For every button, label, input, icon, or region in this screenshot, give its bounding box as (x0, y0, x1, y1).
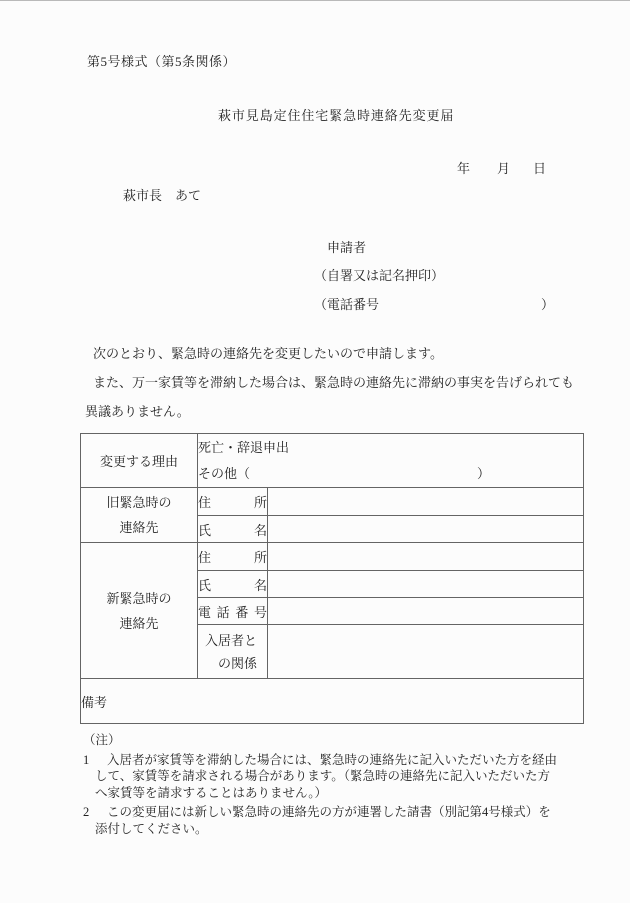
date-month-label: 月 (497, 158, 510, 177)
form-code: 第5号様式（第5条関係） (87, 51, 236, 70)
note-item-1: 1入居者が家賃等を滞納した場合には、緊急時の連絡先に記入いただいた方を経由して、… (83, 752, 561, 802)
reason-header-cell: 変更する理由 (81, 434, 198, 488)
note-2-text: この変更届には新しい緊急時の連絡先の方が連署した請書（別記第4号様式）を添付して… (95, 805, 551, 836)
contact-change-table: 変更する理由 死亡・辞退申出 その他（ ） 旧緊急時の 連絡先 住所 (80, 433, 584, 724)
table-row: 変更する理由 死亡・辞退申出 その他（ ） (81, 434, 584, 488)
new-phone-label: 電話番号 (198, 598, 268, 625)
reason-option-death: 死亡・辞退申出 (198, 435, 583, 461)
note-item-2: 2この変更届には新しい緊急時の連絡先の方が連署した請書（別記第4号様式）を添付し… (83, 804, 561, 837)
old-contact-header-line1: 旧緊急時の (81, 490, 197, 515)
date-year-label: 年 (457, 161, 470, 176)
body-text: 次のとおり、緊急時の連絡先を変更したいので申請します。 また、万一家賃等を滞納し… (85, 339, 580, 426)
phone-label: （電話番号 (314, 294, 379, 313)
notes-header: （注） (83, 732, 561, 749)
remarks-cell: 備考 (81, 679, 584, 724)
new-address-label: 住所 (198, 543, 268, 571)
note-1-number: 1 (83, 752, 89, 769)
old-address-label: 住所 (198, 488, 268, 516)
reason-options-cell: 死亡・辞退申出 その他（ ） (198, 434, 584, 488)
table-row: 備考 (81, 679, 584, 724)
table-row: 新緊急時の 連絡先 住所 (81, 543, 584, 571)
new-relation-label-line1: 入居者と (198, 629, 267, 652)
date-day-label: 日 (533, 158, 546, 177)
phone-close-paren: ） (541, 294, 554, 313)
reason-other-label: その他（ (198, 461, 250, 487)
page-title: 萩市見島定住住宅緊急時連絡先変更届 (218, 105, 454, 124)
new-relation-label-line2: の関係 (198, 652, 267, 675)
reason-option-other: その他（ ） (198, 461, 490, 487)
note-1-text: 入居者が家賃等を滞納した場合には、緊急時の連絡先に記入いただいた方を経由して、家… (95, 753, 557, 800)
old-contact-header-cell: 旧緊急時の 連絡先 (81, 488, 198, 543)
reason-other-close-paren: ） (477, 461, 490, 487)
applicant-phone-line: （電話番号 ） (314, 294, 554, 313)
old-name-label: 氏名 (198, 516, 268, 543)
notes-section: （注） 1入居者が家賃等を滞納した場合には、緊急時の連絡先に記入いただいた方を経… (83, 732, 561, 837)
old-contact-header-line2: 連絡先 (81, 515, 197, 540)
old-address-value-cell (268, 488, 584, 516)
new-contact-header-line2: 連絡先 (81, 611, 197, 636)
new-name-label: 氏名 (198, 571, 268, 598)
form-document-page: 第5号様式（第5条関係） 萩市見島定住住宅緊急時連絡先変更届 年月日 萩市長 あ… (0, 0, 630, 903)
note-2-number: 2 (83, 804, 89, 821)
body-paragraph-2: また、万一家賃等を滞納した場合は、緊急時の連絡先に滞納の事実を告げられても異議あ… (85, 368, 580, 426)
addressee-line: 萩市長 あて (123, 185, 201, 204)
new-contact-header-line1: 新緊急時の (81, 586, 197, 611)
new-contact-header-cell: 新緊急時の 連絡先 (81, 543, 198, 679)
new-relation-label-cell: 入居者と の関係 (198, 625, 268, 679)
body-paragraph-1: 次のとおり、緊急時の連絡先を変更したいので申請します。 (85, 339, 580, 368)
new-name-value-cell (268, 571, 584, 598)
new-phone-value-cell (268, 598, 584, 625)
signature-note: （自署又は記名押印） (314, 265, 444, 284)
new-relation-value-cell (268, 625, 584, 679)
applicant-label: 申請者 (327, 237, 366, 256)
date-line: 年月日 (457, 158, 546, 177)
new-address-value-cell (268, 543, 584, 571)
old-name-value-cell (268, 516, 584, 543)
table-row: 旧緊急時の 連絡先 住所 (81, 488, 584, 516)
